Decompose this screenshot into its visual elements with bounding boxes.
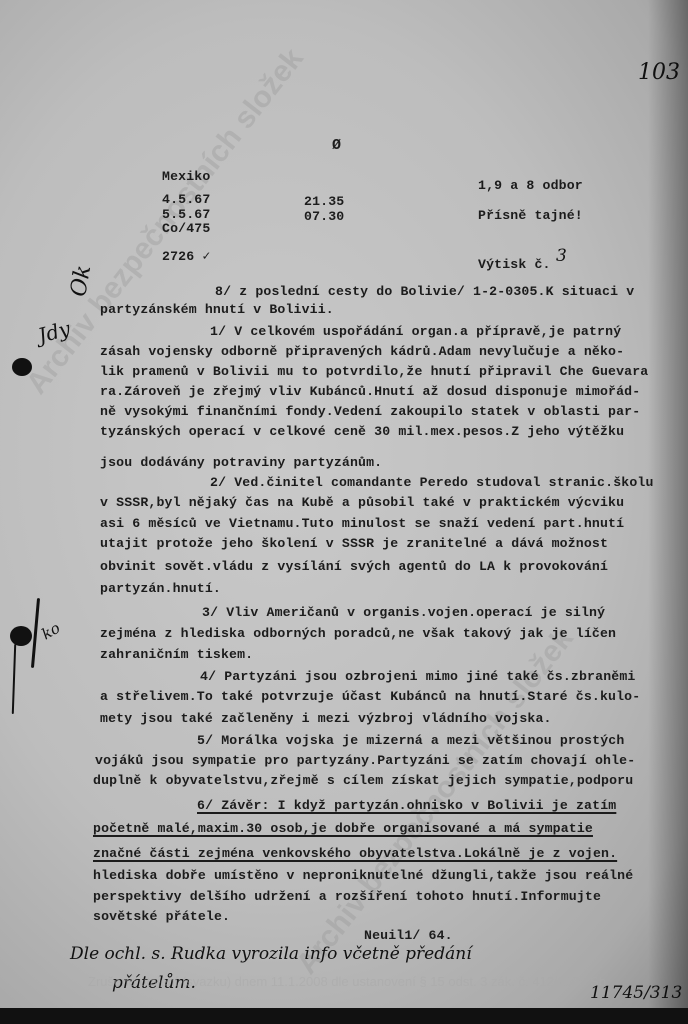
body-line: zahraničním tiskem. [100, 648, 253, 661]
body-line: duplně k obyvatelstvu,zřejmě s cílem zís… [93, 774, 633, 787]
body-line: 3/ Vliv Američanů v organis.vojen.operac… [202, 606, 605, 619]
page-number-handwritten: 103 [638, 62, 680, 84]
body-line: zásah vojensky odborně připravených kádr… [100, 345, 624, 358]
header-date-2: 5.5.67 [162, 208, 210, 221]
header-place: Mexiko [162, 170, 210, 183]
body-line: ně vysokými finančními fondy.Vedení zako… [100, 405, 640, 418]
body-line: vojáků jsou sympatie pro partyzány.Party… [95, 754, 635, 767]
body-line: 4/ Partyzáni jsou ozbrojeni mimo jiné ta… [200, 670, 635, 683]
hole-punch-mark [10, 626, 32, 646]
body-line: mety jsou také začleněny i mezi výzbroj … [100, 712, 552, 725]
margin-mark: ko [39, 620, 62, 642]
conclusion-line: značné části zejména venkovského obyvate… [93, 847, 617, 860]
signature: Neuil1/ 64. [364, 929, 453, 942]
body-line: jsou dodávány potraviny partyzánům. [100, 456, 382, 469]
scan-bottom-edge [0, 1008, 688, 1024]
header-time-1: 21.35 [304, 195, 344, 208]
declassification-watermark: Zrušeno utajení (svazku) dnem 11.1.2008 … [88, 974, 610, 989]
margin-stroke [12, 644, 16, 714]
conclusion-line: 6/ Závěr: I když partyzán.ohnisko v Boli… [197, 799, 616, 812]
body-line: obvinit sovět.vládu z vysílání svých age… [100, 560, 608, 573]
conclusion-line: početně malé,maxim.30 osob,je dobře orga… [93, 822, 593, 835]
top-mark: Ø [332, 138, 341, 153]
body-line: asi 6 měsíců ve Vietnamu.Tuto minulost s… [100, 517, 624, 530]
body-line: 8/ z poslední cesty do Bolivie/ 1-2-0305… [215, 285, 634, 298]
body-line: sovětské přátele. [93, 910, 230, 923]
classification-label: Přísně tajné! [478, 209, 583, 222]
body-line: 2/ Ved.činitel comandante Peredo studova… [210, 476, 654, 489]
body-line: perspektivy delšího udržení a rozšíření … [93, 890, 601, 903]
handwritten-note: Dle ochl. s. Rudka vyrozila info včetně … [70, 946, 472, 963]
copy-number-handwritten: 3 [556, 248, 567, 265]
body-line: partyzán.hnutí. [100, 582, 221, 595]
body-line: lik pramenů v Bolivii mu to potvrdilo,že… [100, 365, 648, 378]
body-line: ra.Zároveň je zřejmý vliv Kubánců.Hnutí … [100, 385, 640, 398]
document-page: Archiv bezpečnostních složek Archiv bezp… [0, 0, 688, 1010]
body-line: utajit protože jeho školení v SSSR je zr… [100, 537, 608, 550]
header-time-2: 07.30 [304, 210, 344, 223]
body-line: hlediska dobře umístěno v neproniknuteln… [93, 869, 633, 882]
body-line: partyzánském hnutí v Bolivii. [100, 303, 334, 316]
hole-punch-mark [12, 358, 32, 376]
body-line: tyzánských operací v celkové ceně 30 mil… [100, 425, 624, 438]
body-line: 5/ Morálka vojska je mizerná a mezi větš… [197, 734, 624, 747]
margin-stroke [31, 598, 40, 668]
margin-initials: Ok [68, 264, 95, 299]
header-date-1: 4.5.67 [162, 193, 210, 206]
copy-label: Výtisk č. [478, 258, 551, 271]
body-line: 1/ V celkovém uspořádání organ.a příprav… [210, 325, 621, 338]
header-departments: 1,9 a 8 odbor [478, 179, 583, 192]
body-line: a střelivem.To také potvrzuje účast Kubá… [100, 690, 640, 703]
body-line: zejména z hlediska odborných poradců,ne … [100, 627, 616, 640]
header-number: 2726 ✓ [162, 250, 210, 263]
header-reference: Co/475 [162, 222, 210, 235]
body-line: v SSSR,byl nějaký čas na Kubě a působil … [100, 496, 624, 509]
